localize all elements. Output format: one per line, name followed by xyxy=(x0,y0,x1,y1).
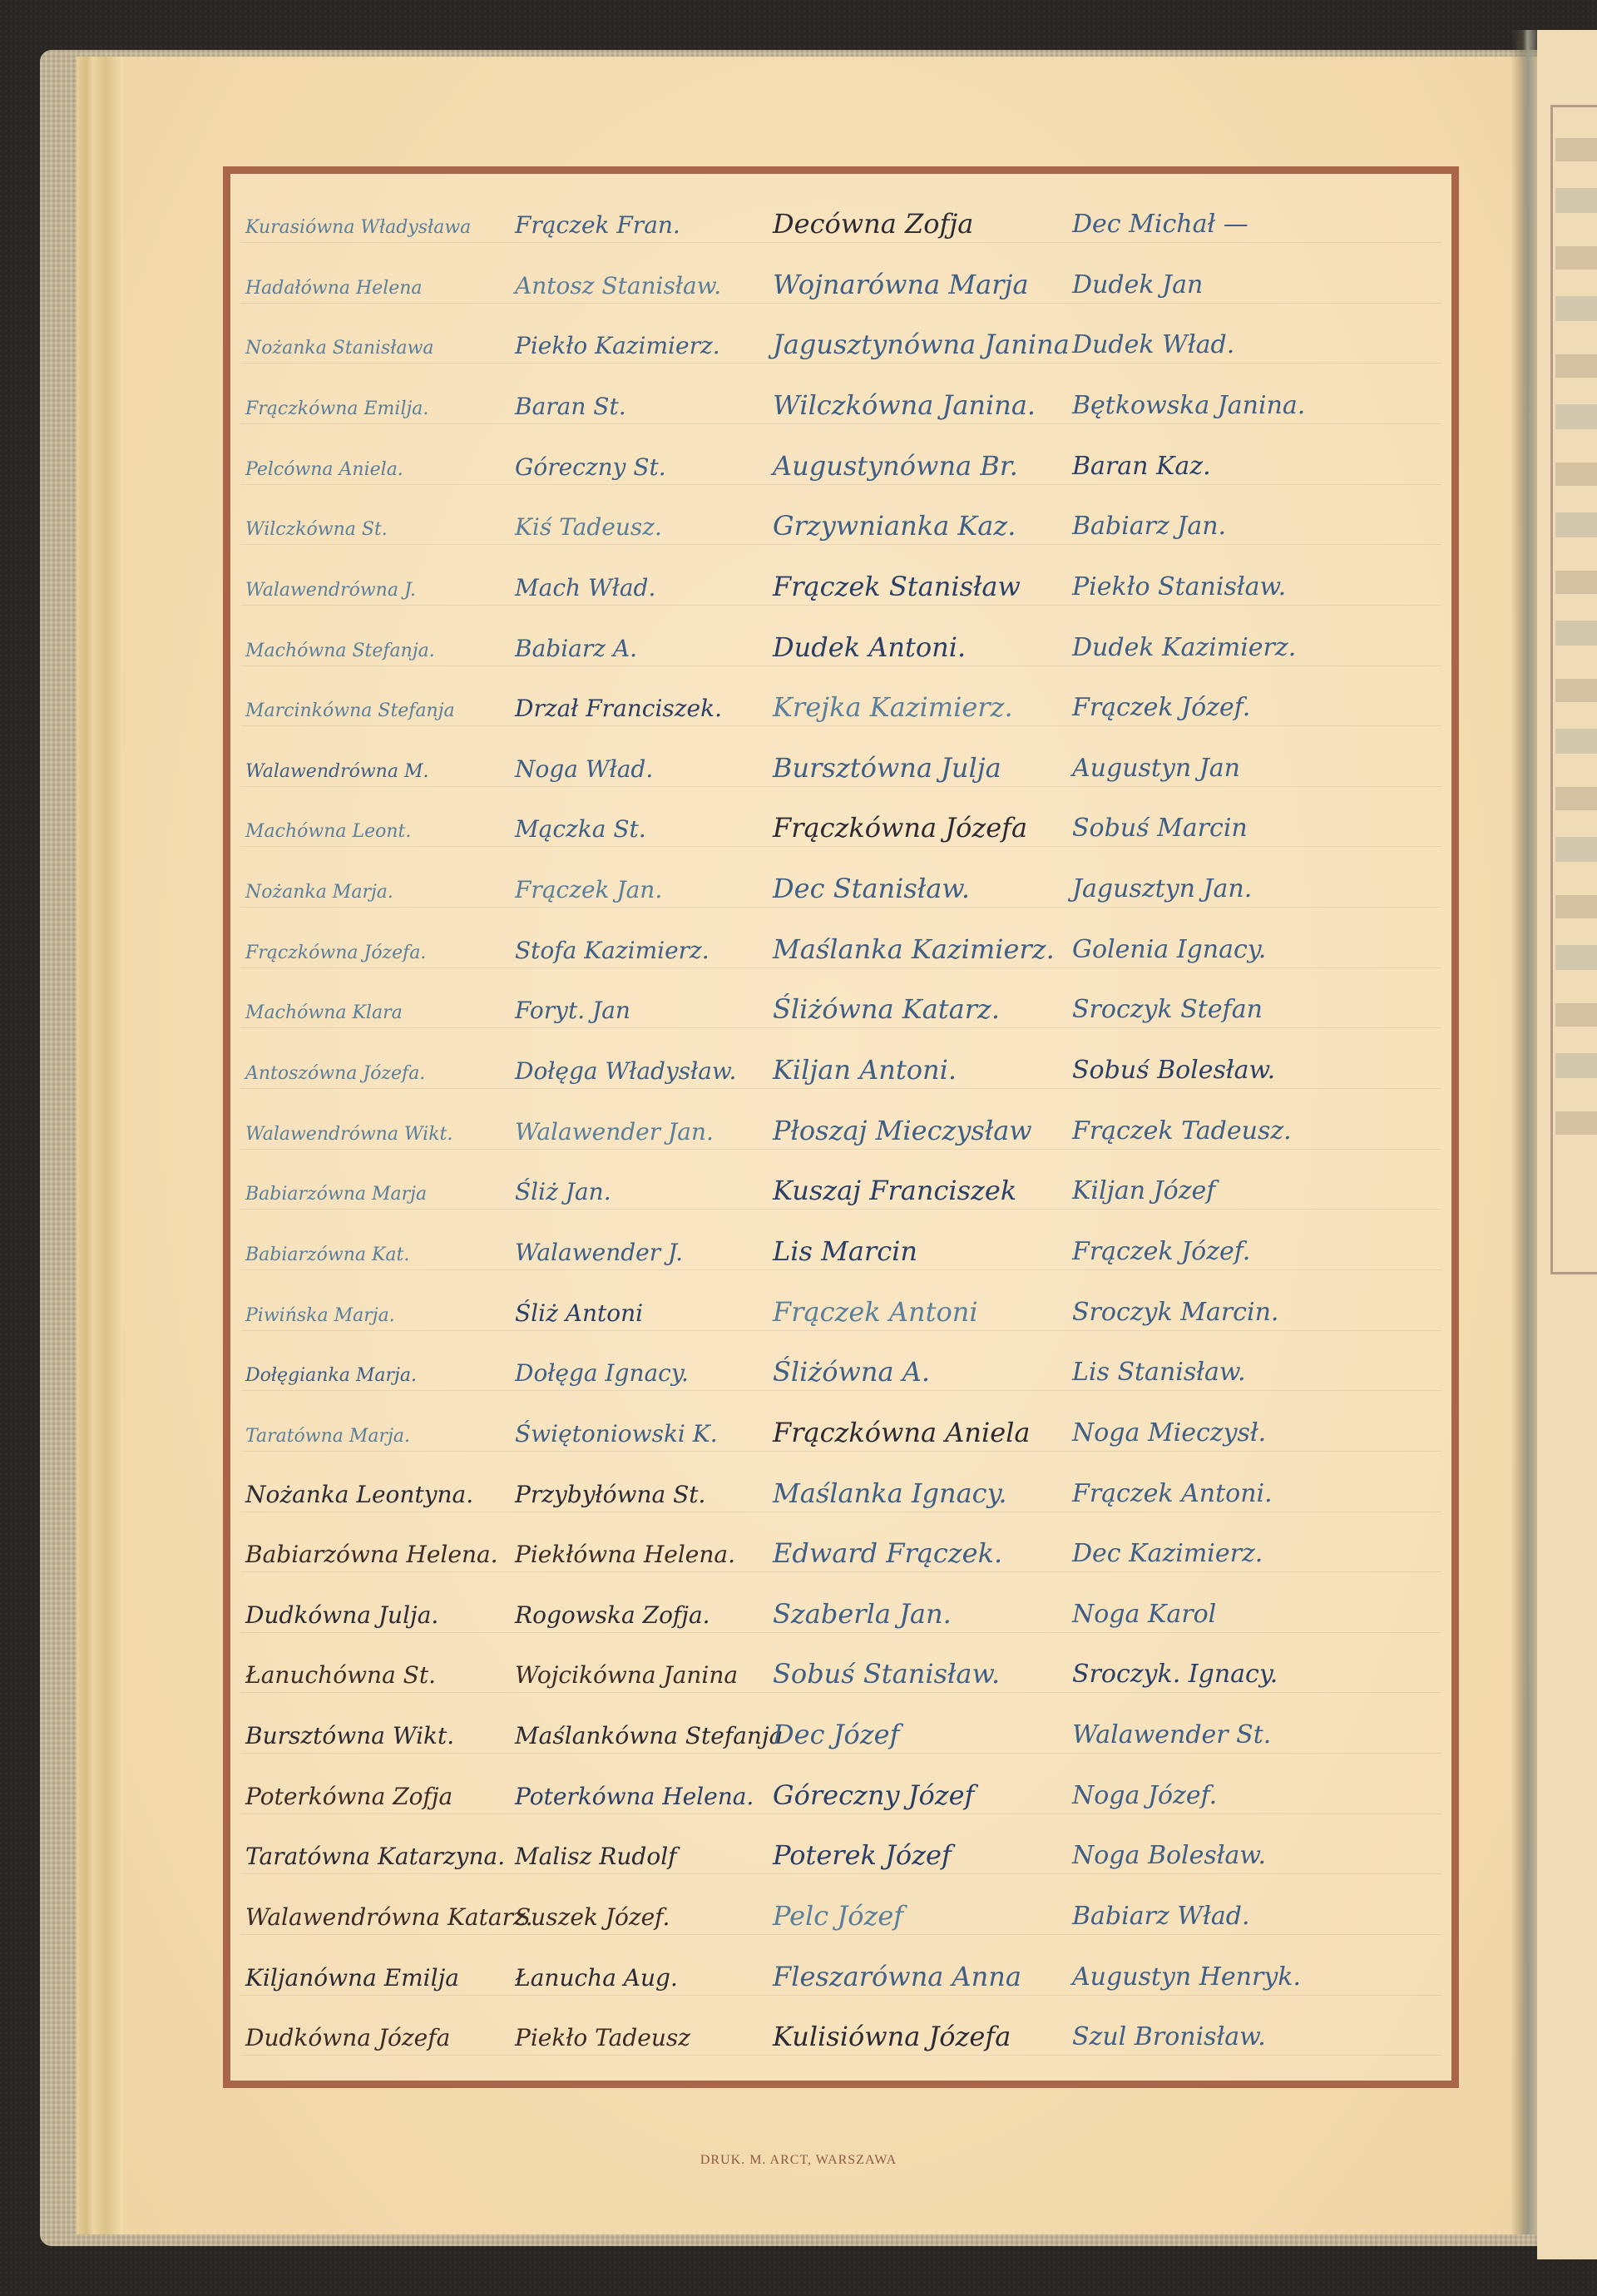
signature-col-1: Kiljanówna Emilja xyxy=(245,1967,459,1990)
signature-col-2: Świętoniowski K. xyxy=(515,1423,718,1446)
signature-col-4: Sobuś Marcin xyxy=(1072,816,1248,841)
signature-col-4: Dudek Wład. xyxy=(1072,333,1234,358)
signature-row: Antoszówna Józefa.Dołęga Władysław.Kilja… xyxy=(240,1042,1441,1089)
signature-col-2: Poterkówna Helena. xyxy=(515,1785,754,1809)
signature-col-2: Baran St. xyxy=(515,395,626,418)
signature-col-1: Walawendrówna M. xyxy=(245,763,428,781)
signature-col-2: Suszek Józef. xyxy=(515,1906,670,1929)
signature-col-2: Piekło Kazimierz. xyxy=(515,334,720,358)
signature-col-4: Frączek Antoni. xyxy=(1072,1482,1273,1507)
signature-col-2: Foryt. Jan xyxy=(515,999,630,1022)
signature-row: Walawendrówna M.Noga Wład.Bursztówna Jul… xyxy=(240,740,1441,787)
signature-col-3: Grzywnianka Kaz. xyxy=(773,512,1016,539)
signature-col-3: Dudek Antoni. xyxy=(773,634,966,661)
signature-row: Machówna KlaraForyt. JanŚliżówna Katarz.… xyxy=(240,981,1441,1028)
facing-page-ornament xyxy=(1555,138,1597,1153)
signature-row: Nożanka StanisławaPiekło Kazimierz.Jagus… xyxy=(240,316,1441,364)
signature-row: Marcinkówna StefanjaDrzał Franciszek.Kre… xyxy=(240,679,1441,726)
signature-col-3: Wojnarówna Marja xyxy=(773,271,1029,298)
signature-col-1: Machówna Klara xyxy=(245,1004,403,1022)
signature-col-3: Szaberla Jan. xyxy=(773,1601,952,1627)
signature-row: Kurasiówna WładysławaFrączek Fran.Decówn… xyxy=(240,195,1441,243)
signature-col-4: Dudek Jan xyxy=(1072,273,1203,298)
signature-col-1: Hadałówna Helena xyxy=(245,280,423,298)
signature-col-3: Maślanka Kazimierz. xyxy=(773,936,1055,962)
signature-row: Walawendrówna Katarz.Suszek Józef.Pelc J… xyxy=(240,1888,1441,1935)
signature-col-3: Lis Marcin xyxy=(773,1238,917,1264)
signature-row: Łanuchówna St.Wojcikówna JaninaSobuś Sta… xyxy=(240,1645,1441,1693)
signature-col-4: Sroczyk Stefan xyxy=(1072,997,1263,1022)
signature-col-4: Frączek Józef. xyxy=(1072,695,1250,720)
signature-col-1: Nożanka Marja. xyxy=(245,883,393,902)
signature-col-2: Maślankówna Stefanja xyxy=(515,1724,783,1748)
signature-col-1: Babiarzówna Helena. xyxy=(245,1543,498,1566)
signature-col-1: Taratówna Marja. xyxy=(245,1428,410,1446)
signature-col-1: Marcinkówna Stefanja xyxy=(245,702,455,720)
signature-col-3: Płoszaj Mieczysław xyxy=(773,1117,1032,1144)
signature-col-4: Golenia Ignacy. xyxy=(1072,938,1266,962)
signature-col-3: Frączek Stanisław xyxy=(773,573,1021,600)
signature-col-2: Piekłówna Helena. xyxy=(515,1543,735,1566)
signature-col-1: Machówna Stefanja. xyxy=(245,642,435,661)
signature-col-4: Dec Kazimierz. xyxy=(1072,1541,1263,1566)
signature-col-3: Frączkówna Józefa xyxy=(773,814,1027,841)
signature-row: Poterkówna ZofjaPoterkówna Helena.Górecz… xyxy=(240,1767,1441,1814)
signature-row: Nożanka Marja.Frączek Jan.Dec Stanisław.… xyxy=(240,860,1441,908)
signature-col-3: Edward Frączek. xyxy=(773,1540,1002,1566)
signature-col-3: Poterek Józef xyxy=(773,1842,952,1868)
signature-col-2: Frączek Jan. xyxy=(515,878,662,902)
signature-col-4: Bętkowska Janina. xyxy=(1072,393,1305,418)
signature-col-2: Stofa Kazimierz. xyxy=(515,939,710,962)
signature-col-4: Frączek Tadeusz. xyxy=(1072,1119,1292,1144)
signature-col-2: Śliż Antoni xyxy=(515,1302,643,1325)
signature-col-1: Walawendrówna Katarz. xyxy=(245,1906,533,1929)
signature-col-1: Bursztówna Wikt. xyxy=(245,1724,454,1748)
signature-col-2: Kiś Tadeusz. xyxy=(515,516,662,539)
signature-list: Kurasiówna WładysławaFrączek Fran.Decówn… xyxy=(230,174,1451,2081)
book-gutter xyxy=(1510,30,1539,2234)
signature-col-2: Góreczny St. xyxy=(515,456,666,479)
signature-col-2: Wojcikówna Janina xyxy=(515,1664,738,1687)
signature-col-4: Sroczyk Marcin. xyxy=(1072,1300,1278,1325)
signature-col-4: Lis Stanisław. xyxy=(1072,1360,1246,1385)
signature-col-3: Maślanka Ignacy. xyxy=(773,1480,1007,1507)
signature-col-2: Malisz Rudolf xyxy=(515,1845,677,1868)
signature-col-2: Dołęga Ignacy. xyxy=(515,1362,689,1385)
signature-col-1: Nożanka Leontyna. xyxy=(245,1483,473,1507)
signature-col-4: Kiljan Józef xyxy=(1072,1179,1215,1204)
signature-col-3: Śliżówna Katarz. xyxy=(773,996,1000,1022)
signature-col-3: Bursztówna Julja xyxy=(773,755,1001,781)
signature-col-3: Kuszaj Franciszek xyxy=(773,1177,1016,1204)
signature-col-4: Sroczyk. Ignacy. xyxy=(1072,1662,1278,1687)
signature-col-2: Śliż Jan. xyxy=(515,1180,611,1204)
signature-col-2: Babiarz A. xyxy=(515,637,637,661)
signature-col-3: Sobuś Stanisław. xyxy=(773,1660,1000,1687)
signature-col-2: Łanucha Aug. xyxy=(515,1967,678,1990)
signature-col-2: Noga Wład. xyxy=(515,758,653,781)
signature-row: Machówna Leont.Mączka St.Frączkówna Józe… xyxy=(240,799,1441,847)
signature-col-4: Noga Mieczysł. xyxy=(1072,1421,1266,1446)
signature-col-3: Frączek Antoni xyxy=(773,1299,978,1325)
signature-col-2: Mach Wład. xyxy=(515,576,655,600)
signature-col-3: Krejka Kazimierz. xyxy=(773,694,1013,720)
signature-col-3: Góreczny Józef xyxy=(773,1782,974,1809)
signature-row: Babiarzówna Helena.Piekłówna Helena.Edwa… xyxy=(240,1525,1441,1572)
signature-col-4: Walawender St. xyxy=(1072,1723,1271,1748)
signature-row: Bursztówna Wikt.Maślankówna StefanjaDec … xyxy=(240,1706,1441,1754)
signature-col-4: Szul Bronisław. xyxy=(1072,2025,1266,2050)
signature-row: Dołęgianka Marja.Dołęga Ignacy.Śliżówna … xyxy=(240,1343,1441,1391)
printer-imprint: DRUK. M. ARCT, WARSZAWA xyxy=(0,2153,1597,2168)
signature-col-3: Śliżówna A. xyxy=(773,1358,930,1385)
signature-col-2: Walawender Jan. xyxy=(515,1121,714,1144)
signature-col-1: Walawendrówna Wikt. xyxy=(245,1126,452,1144)
signature-col-4: Babiarz Jan. xyxy=(1072,514,1226,539)
signature-col-3: Dec Stanisław. xyxy=(773,875,970,902)
signature-row: Machówna Stefanja.Babiarz A.Dudek Antoni… xyxy=(240,619,1441,666)
signature-col-1: Machówna Leont. xyxy=(245,823,411,841)
signature-frame: Kurasiówna WładysławaFrączek Fran.Decówn… xyxy=(223,166,1459,2088)
signature-row: Taratówna Katarzyna.Malisz RudolfPoterek… xyxy=(240,1827,1441,1874)
signature-col-4: Babiarz Wład. xyxy=(1072,1904,1250,1929)
signature-col-1: Babiarzówna Marja xyxy=(245,1185,427,1204)
signature-col-3: Kiljan Antoni. xyxy=(773,1056,957,1083)
signature-col-1: Walawendrówna J. xyxy=(245,581,416,600)
signature-row: Frączkówna Józefa.Stofa Kazimierz.Maślan… xyxy=(240,921,1441,968)
signature-row: Dudkówna Julja.Rogowska Zofja.Szaberla J… xyxy=(240,1586,1441,1633)
signature-col-4: Noga Bolesław. xyxy=(1072,1843,1266,1868)
signature-row: Hadałówna HelenaAntosz Stanisław.Wojnaró… xyxy=(240,256,1441,304)
signature-row: Pelcówna Aniela.Góreczny St.Augustynówna… xyxy=(240,438,1441,485)
signature-col-3: Pelc Józef xyxy=(773,1903,903,1929)
signature-row: Wilczkówna St.Kiś Tadeusz.Grzywnianka Ka… xyxy=(240,497,1441,545)
signature-row: Taratówna Marja.Świętoniowski K.Frączków… xyxy=(240,1404,1441,1452)
signature-row: Babiarzówna MarjaŚliż Jan.Kuszaj Francis… xyxy=(240,1162,1441,1210)
signature-col-2: Mączka St. xyxy=(515,818,646,841)
signature-col-1: Dudkówna Józefa xyxy=(245,2026,450,2050)
signature-col-3: Jagusztynówna Janina xyxy=(773,331,1070,358)
signature-row: Frączkówna Emilja.Baran St.Wilczkówna Ja… xyxy=(240,377,1441,424)
signature-col-1: Frączkówna Emilja. xyxy=(245,400,428,418)
facing-page-edge xyxy=(1537,30,1597,2259)
signature-col-3: Fleszarówna Anna xyxy=(773,1963,1021,1990)
signature-col-4: Noga Józef. xyxy=(1072,1784,1217,1809)
signature-col-2: Rogowska Zofja. xyxy=(515,1604,710,1627)
signature-col-3: Wilczkówna Janina. xyxy=(773,392,1036,418)
signature-col-1: Babiarzówna Kat. xyxy=(245,1246,409,1264)
signature-row: Nożanka Leontyna.Przybyłówna St.Maślanka… xyxy=(240,1465,1441,1512)
signature-col-3: Kulisiówna Józefa xyxy=(773,2023,1011,2050)
signature-col-2: Antosz Stanisław. xyxy=(515,275,721,298)
signature-col-4: Noga Karol xyxy=(1072,1602,1216,1627)
signature-col-1: Frączkówna Józefa. xyxy=(245,944,426,962)
signature-col-1: Dudkówna Julja. xyxy=(245,1604,438,1627)
signature-col-4: Dec Michał — xyxy=(1072,212,1248,237)
signature-col-3: Augustynówna Br. xyxy=(773,453,1018,479)
signature-col-1: Antoszówna Józefa. xyxy=(245,1065,425,1083)
signature-col-4: Baran Kaz. xyxy=(1072,454,1211,479)
signature-col-1: Kurasiówna Władysława xyxy=(245,219,471,237)
signature-col-2: Frączek Fran. xyxy=(515,214,680,237)
signature-col-4: Augustyn Henryk. xyxy=(1072,1965,1301,1990)
signature-row: Walawendrówna J.Mach Wład.Frączek Stanis… xyxy=(240,558,1441,606)
signature-col-1: Pelcówna Aniela. xyxy=(245,461,403,479)
signature-col-1: Nożanka Stanisława xyxy=(245,339,434,358)
signature-col-3: Dec Józef xyxy=(773,1721,899,1748)
signature-col-4: Augustyn Jan xyxy=(1072,756,1240,781)
signature-col-1: Piwińska Marja. xyxy=(245,1307,395,1325)
signature-col-3: Frączkówna Aniela xyxy=(773,1419,1030,1446)
signature-row: Walawendrówna Wikt.Walawender Jan.Płosza… xyxy=(240,1102,1441,1150)
signature-row: Piwińska Marja.Śliż AntoniFrączek Antoni… xyxy=(240,1284,1441,1331)
signature-col-1: Łanuchówna St. xyxy=(245,1664,436,1687)
signature-row: Babiarzówna Kat.Walawender J.Lis MarcinF… xyxy=(240,1223,1441,1270)
signature-col-1: Wilczkówna St. xyxy=(245,521,388,539)
signature-col-2: Przybyłówna St. xyxy=(515,1483,705,1507)
signature-col-1: Dołęgianka Marja. xyxy=(245,1367,417,1385)
signature-col-2: Piekło Tadeusz xyxy=(515,2026,690,2050)
signature-col-4: Sobuś Bolesław. xyxy=(1072,1058,1275,1083)
signature-col-4: Jagusztyn Jan. xyxy=(1072,877,1252,902)
signature-row: Dudkówna JózefaPiekło TadeuszKulisiówna … xyxy=(240,2008,1441,2056)
signature-col-1: Taratówna Katarzyna. xyxy=(245,1845,505,1868)
signature-col-4: Frączek Józef. xyxy=(1072,1240,1250,1264)
signature-col-1: Poterkówna Zofja xyxy=(245,1785,452,1809)
signature-col-2: Dołęga Władysław. xyxy=(515,1060,736,1083)
signature-col-4: Dudek Kazimierz. xyxy=(1072,636,1296,661)
signature-row: Kiljanówna EmiljaŁanucha Aug.Fleszarówna… xyxy=(240,1948,1441,1996)
signature-col-2: Walawender J. xyxy=(515,1241,683,1264)
signature-col-2: Drzał Franciszek. xyxy=(515,697,722,720)
signature-col-4: Piekło Stanisław. xyxy=(1072,575,1286,600)
signature-col-3: Decówna Zofja xyxy=(773,210,973,237)
